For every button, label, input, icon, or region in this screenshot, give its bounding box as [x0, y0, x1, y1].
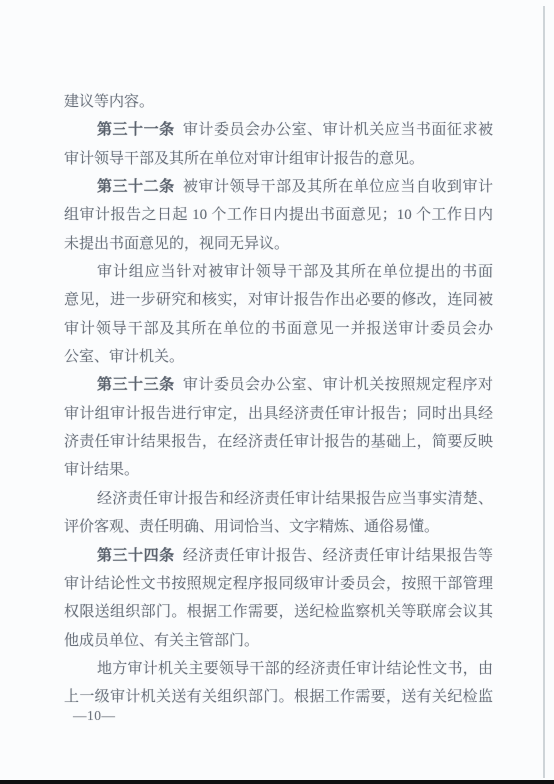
- line-text: 审计委员会办公室、审计机关应当书面征求被: [183, 122, 493, 138]
- document-line: 第三十四条经济责任审计报告、经济责任审计结果报告等: [64, 542, 493, 570]
- line-text: 审计组应当针对被审计领导干部及其所在单位提出的书面: [97, 264, 493, 280]
- article-number: 第三十三条: [97, 377, 175, 393]
- article-number: 第三十一条: [97, 122, 175, 138]
- document-line: 第三十一条审计委员会办公室、审计机关应当书面征求被: [64, 116, 493, 144]
- document-line: 第三十二条被审计领导干部及其所在单位应当自收到审计: [64, 173, 493, 201]
- document-line: 意见，进一步研究和核实，对审计报告作出必要的修改，连同被: [64, 286, 493, 314]
- line-text: 经济责任审计报告、经济责任审计结果报告等: [183, 548, 493, 564]
- document-line: 审计组审计报告进行审定，出具经济责任审计报告；同时出具经: [64, 400, 493, 428]
- document-line: 他成员单位、有关主管部门。: [64, 627, 493, 655]
- line-text: 审计组审计报告进行审定，出具经济责任审计报告；同时出具经: [64, 406, 493, 422]
- document-line: 公室、审计机关。: [64, 343, 493, 371]
- line-text: 审计委员会办公室、审计机关按照规定程序对: [183, 377, 493, 393]
- line-text: 建议等内容。: [64, 94, 154, 110]
- document-body: 建议等内容。第三十一条审计委员会办公室、审计机关应当书面征求被审计领导干部及其所…: [64, 88, 493, 712]
- document-line: 权限送组织部门。根据工作需要，送纪检监察机关等联席会议其: [64, 598, 493, 626]
- document-line: 审计领导干部及其所在单位对审计组审计报告的意见。: [64, 145, 493, 173]
- line-text: 评价客观、责任明确、用词恰当、文字精炼、通俗易懂。: [64, 519, 439, 535]
- document-line: 审计结论性文书按照规定程序报同级审计委员会，按照干部管理: [64, 570, 493, 598]
- document-line: 审计领导干部及其所在单位的书面意见一并报送审计委员会办: [64, 315, 493, 343]
- line-text: 未提出书面意见的，视同无异议。: [64, 236, 289, 252]
- document-line: 组审计报告之日起 10 个工作日内提出书面意见；10 个工作日内: [64, 201, 493, 229]
- line-text: 意见，进一步研究和核实，对审计报告作出必要的修改，连同被: [64, 292, 493, 308]
- document-line: 建议等内容。: [64, 88, 493, 116]
- line-text: 被审计领导干部及其所在单位应当自收到审计: [183, 179, 493, 195]
- document-line: 评价客观、责任明确、用词恰当、文字精炼、通俗易懂。: [64, 513, 493, 541]
- line-text: 权限送组织部门。根据工作需要，送纪检监察机关等联席会议其: [64, 604, 493, 620]
- page-edge-line: [543, 6, 545, 778]
- document-line: 济责任审计结果报告，在经济责任审计报告的基础上，简要反映: [64, 428, 493, 456]
- document-line: 未提出书面意见的，视同无异议。: [64, 230, 493, 258]
- article-number: 第三十四条: [97, 548, 175, 564]
- line-text: 上一级审计机关送有关组织部门。根据工作需要，送有关纪检监: [64, 689, 493, 705]
- line-text: 组审计报告之日起 10 个工作日内提出书面意见；10 个工作日内: [64, 207, 493, 223]
- scanned-document-page: 建议等内容。第三十一条审计委员会办公室、审计机关应当书面征求被审计领导干部及其所…: [0, 0, 554, 784]
- line-text: 审计领导干部及其所在单位对审计组审计报告的意见。: [64, 151, 424, 167]
- line-text: 审计结果。: [64, 462, 139, 478]
- line-text: 济责任审计结果报告，在经济责任审计报告的基础上，简要反映: [64, 434, 493, 450]
- line-text: 公室、审计机关。: [64, 349, 184, 365]
- article-number: 第三十二条: [97, 179, 175, 195]
- document-line: 第三十三条审计委员会办公室、审计机关按照规定程序对: [64, 371, 493, 399]
- scan-bottom-bar: [0, 780, 554, 784]
- page-number: —10—: [73, 705, 116, 727]
- document-line: 审计结果。: [64, 456, 493, 484]
- document-line: 经济责任审计报告和经济责任审计结果报告应当事实清楚、: [64, 485, 493, 513]
- document-line: 地方审计机关主要领导干部的经济责任审计结论性文书，由: [64, 655, 493, 683]
- line-text: 地方审计机关主要领导干部的经济责任审计结论性文书，由: [97, 661, 493, 677]
- document-line: 审计组应当针对被审计领导干部及其所在单位提出的书面: [64, 258, 493, 286]
- line-text: 审计结论性文书按照规定程序报同级审计委员会，按照干部管理: [64, 576, 493, 592]
- line-text: 审计领导干部及其所在单位的书面意见一并报送审计委员会办: [64, 321, 493, 337]
- document-line: 上一级审计机关送有关组织部门。根据工作需要，送有关纪检监: [64, 683, 493, 711]
- line-text: 经济责任审计报告和经济责任审计结果报告应当事实清楚、: [97, 491, 493, 507]
- line-text: 他成员单位、有关主管部门。: [64, 633, 259, 649]
